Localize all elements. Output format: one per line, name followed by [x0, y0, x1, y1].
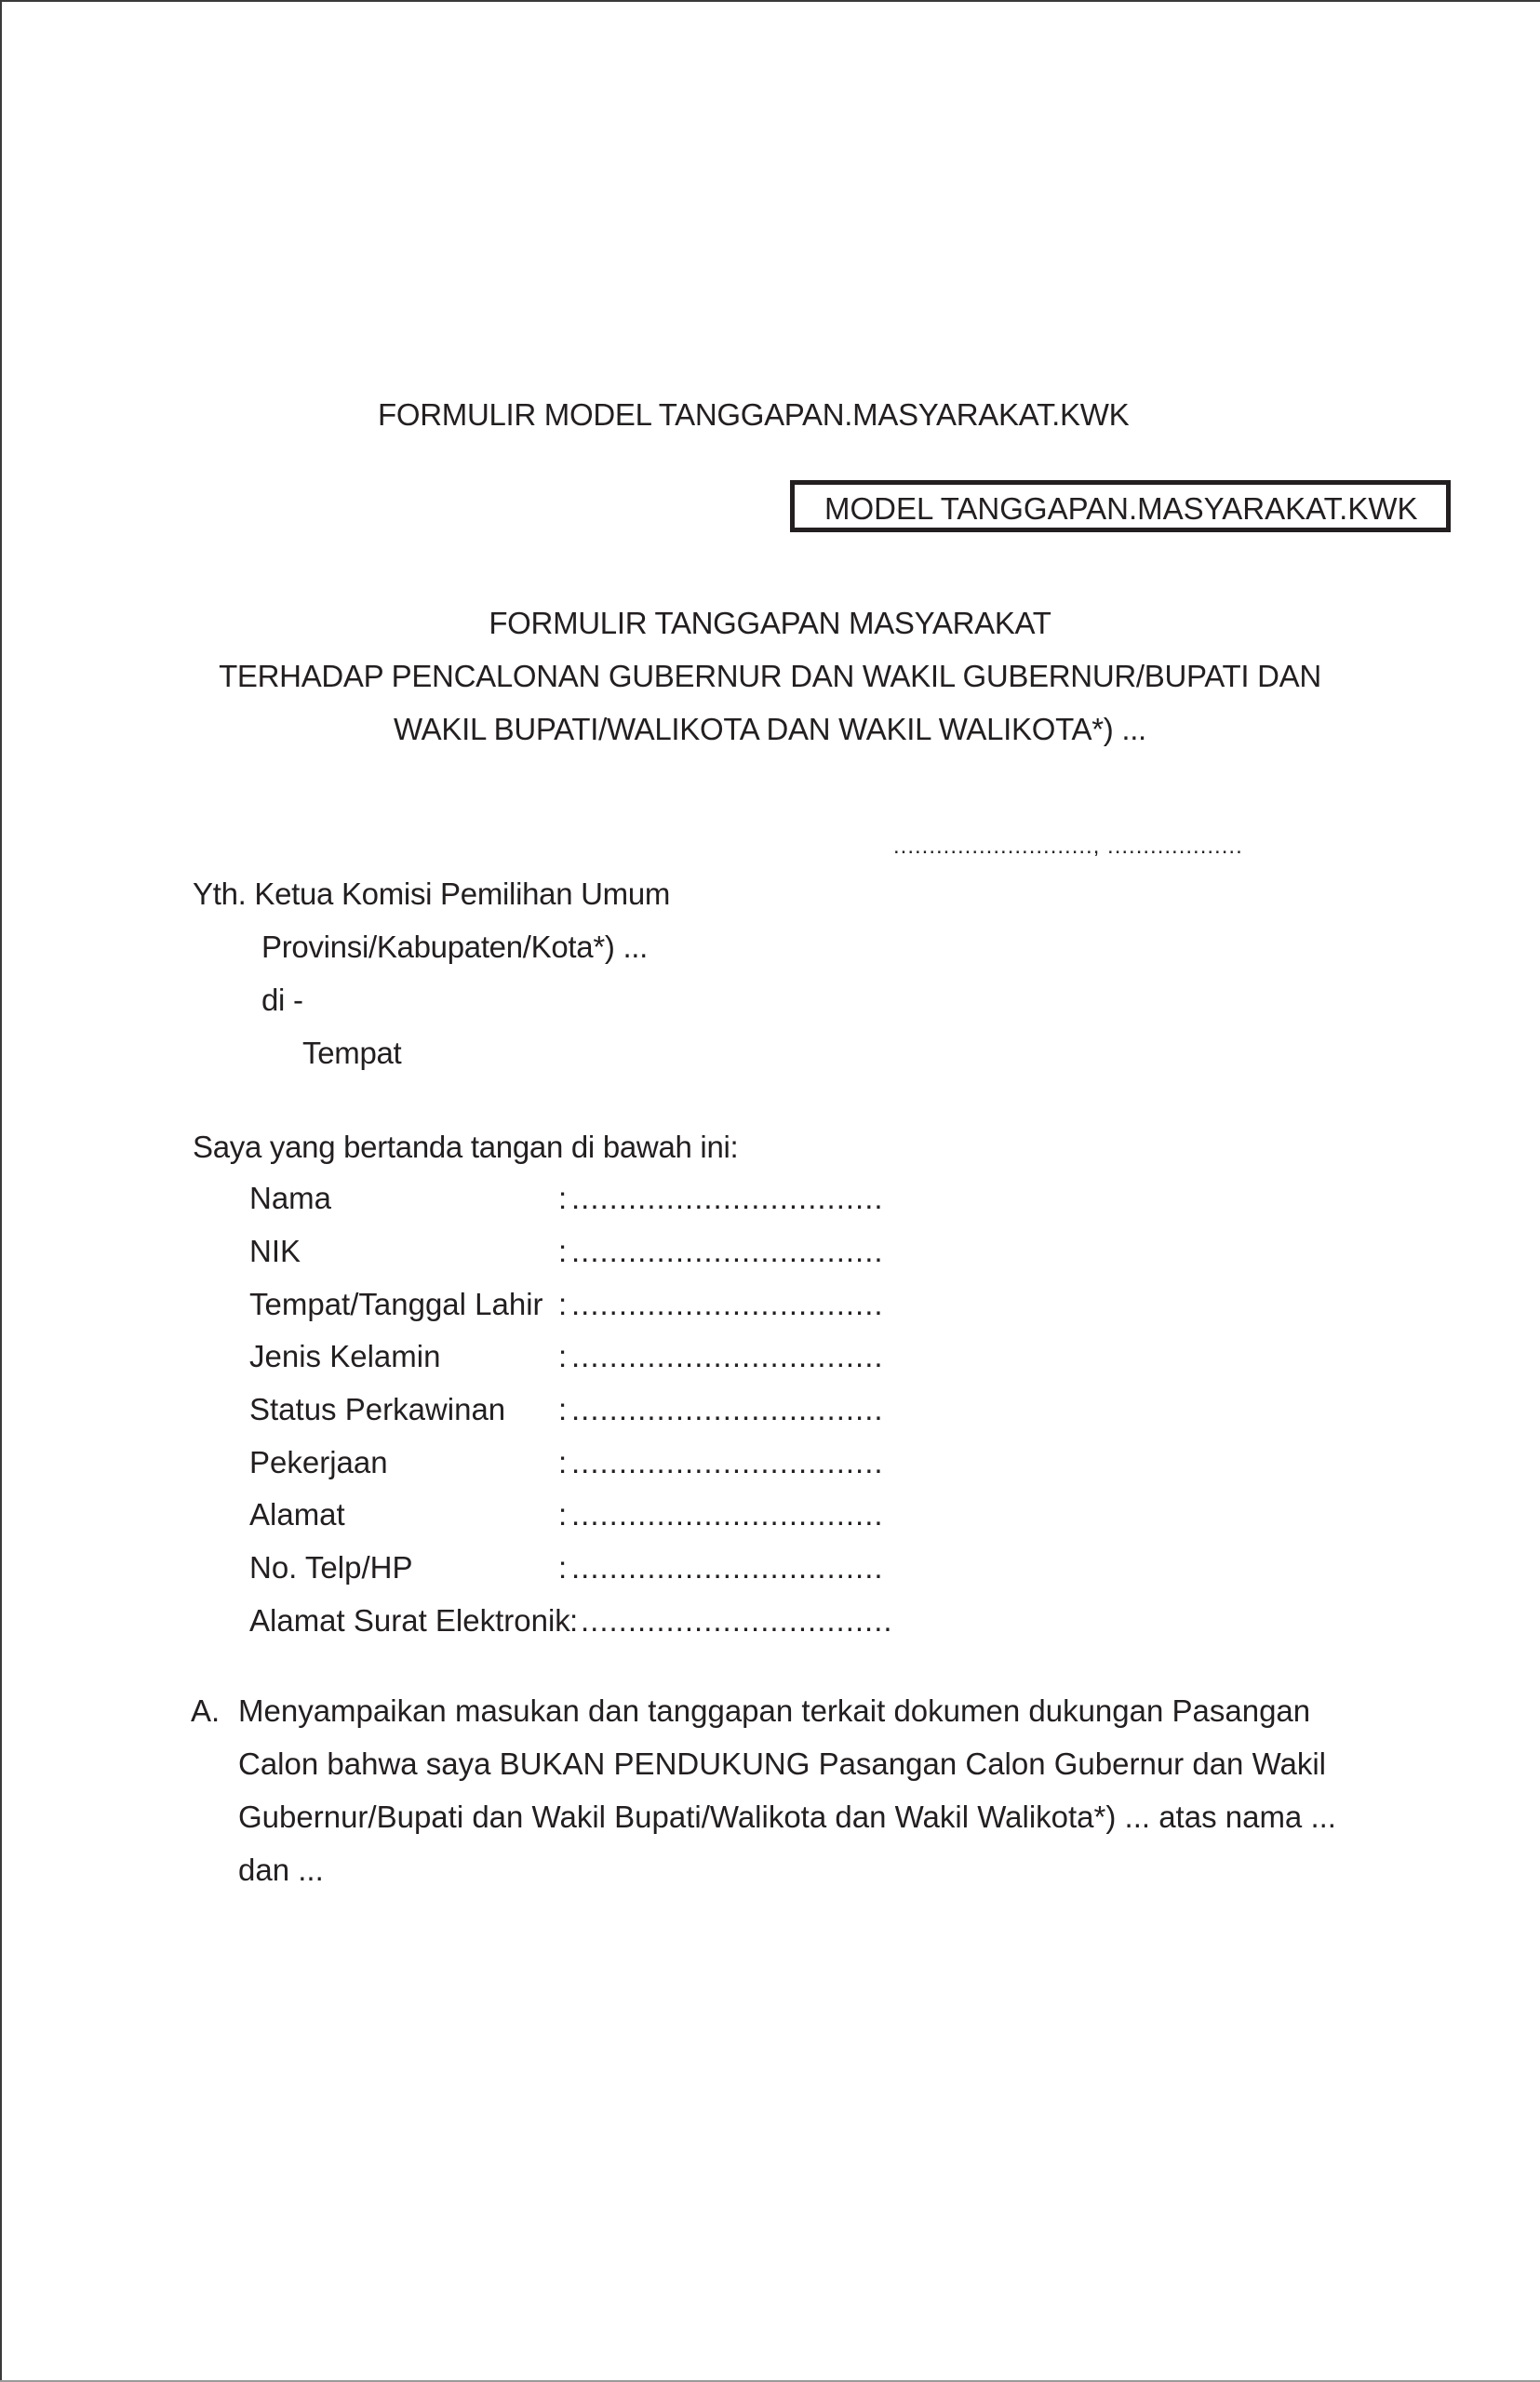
field-colon: :	[558, 1233, 567, 1270]
field-value-blank[interactable]: .................................	[571, 1496, 884, 1533]
field-label: Jenis Kelamin	[249, 1338, 440, 1375]
field-colon: :	[569, 1602, 578, 1639]
field-colon: :	[558, 1444, 567, 1481]
field-label: Status Perkawinan	[249, 1391, 505, 1428]
field-label: NIK	[249, 1233, 301, 1270]
field-label: Alamat Surat Elektronik	[249, 1602, 570, 1639]
field-value-blank[interactable]: .................................	[571, 1549, 884, 1586]
title-line-2: TERHADAP PENCALONAN GUBERNUR DAN WAKIL G…	[0, 658, 1540, 695]
field-colon: :	[558, 1496, 567, 1533]
field-colon: :	[558, 1338, 567, 1375]
field-value-blank[interactable]: .................................	[571, 1338, 884, 1375]
field-value-blank[interactable]: .................................	[581, 1602, 893, 1639]
field-colon: :	[558, 1391, 567, 1428]
addressee-line-2: Provinsi/Kabupaten/Kota*) ...	[261, 929, 648, 966]
field-label: Pekerjaan	[249, 1444, 388, 1481]
page-border-left	[0, 0, 2, 2382]
addressee-line-3: di -	[261, 982, 303, 1019]
addressee-line-4: Tempat	[302, 1035, 401, 1072]
section-a-line-1: Menyampaikan masukan dan tanggapan terka…	[238, 1693, 1310, 1730]
field-value-blank[interactable]: .................................	[571, 1391, 884, 1428]
field-colon: :	[558, 1180, 567, 1217]
field-value-blank[interactable]: .................................	[571, 1286, 884, 1323]
field-colon: :	[558, 1286, 567, 1323]
field-label: Alamat	[249, 1496, 345, 1533]
section-a-line-4: dan ...	[238, 1852, 324, 1889]
field-label: Tempat/Tanggal Lahir	[249, 1286, 543, 1323]
title-line-3: WAKIL BUPATI/WALIKOTA DAN WAKIL WALIKOTA…	[0, 711, 1540, 748]
form-top-heading: FORMULIR MODEL TANGGAPAN.MASYARAKAT.KWK	[378, 396, 1129, 434]
field-value-blank[interactable]: .................................	[571, 1180, 884, 1217]
section-a-marker: A.	[191, 1693, 220, 1730]
place-date-field[interactable]: ............................, ..........…	[893, 828, 1243, 865]
section-a-line-3: Gubernur/Bupati dan Wakil Bupati/Walikot…	[238, 1799, 1336, 1836]
model-label: MODEL TANGGAPAN.MASYARAKAT.KWK	[824, 490, 1418, 528]
field-label: No. Telp/HP	[249, 1549, 412, 1586]
field-value-blank[interactable]: .................................	[571, 1233, 884, 1270]
intro-text: Saya yang bertanda tangan di bawah ini:	[193, 1129, 738, 1166]
field-label: Nama	[249, 1180, 331, 1217]
model-label-box: MODEL TANGGAPAN.MASYARAKAT.KWK	[790, 480, 1451, 532]
field-colon: :	[558, 1549, 567, 1586]
title-line-1: FORMULIR TANGGAPAN MASYARAKAT	[0, 605, 1540, 642]
field-value-blank[interactable]: .................................	[571, 1444, 884, 1481]
page-border-top	[0, 0, 1540, 2]
section-a-line-2: Calon bahwa saya BUKAN PENDUKUNG Pasanga…	[238, 1746, 1326, 1783]
addressee-line-1: Yth. Ketua Komisi Pemilihan Umum	[193, 876, 670, 913]
